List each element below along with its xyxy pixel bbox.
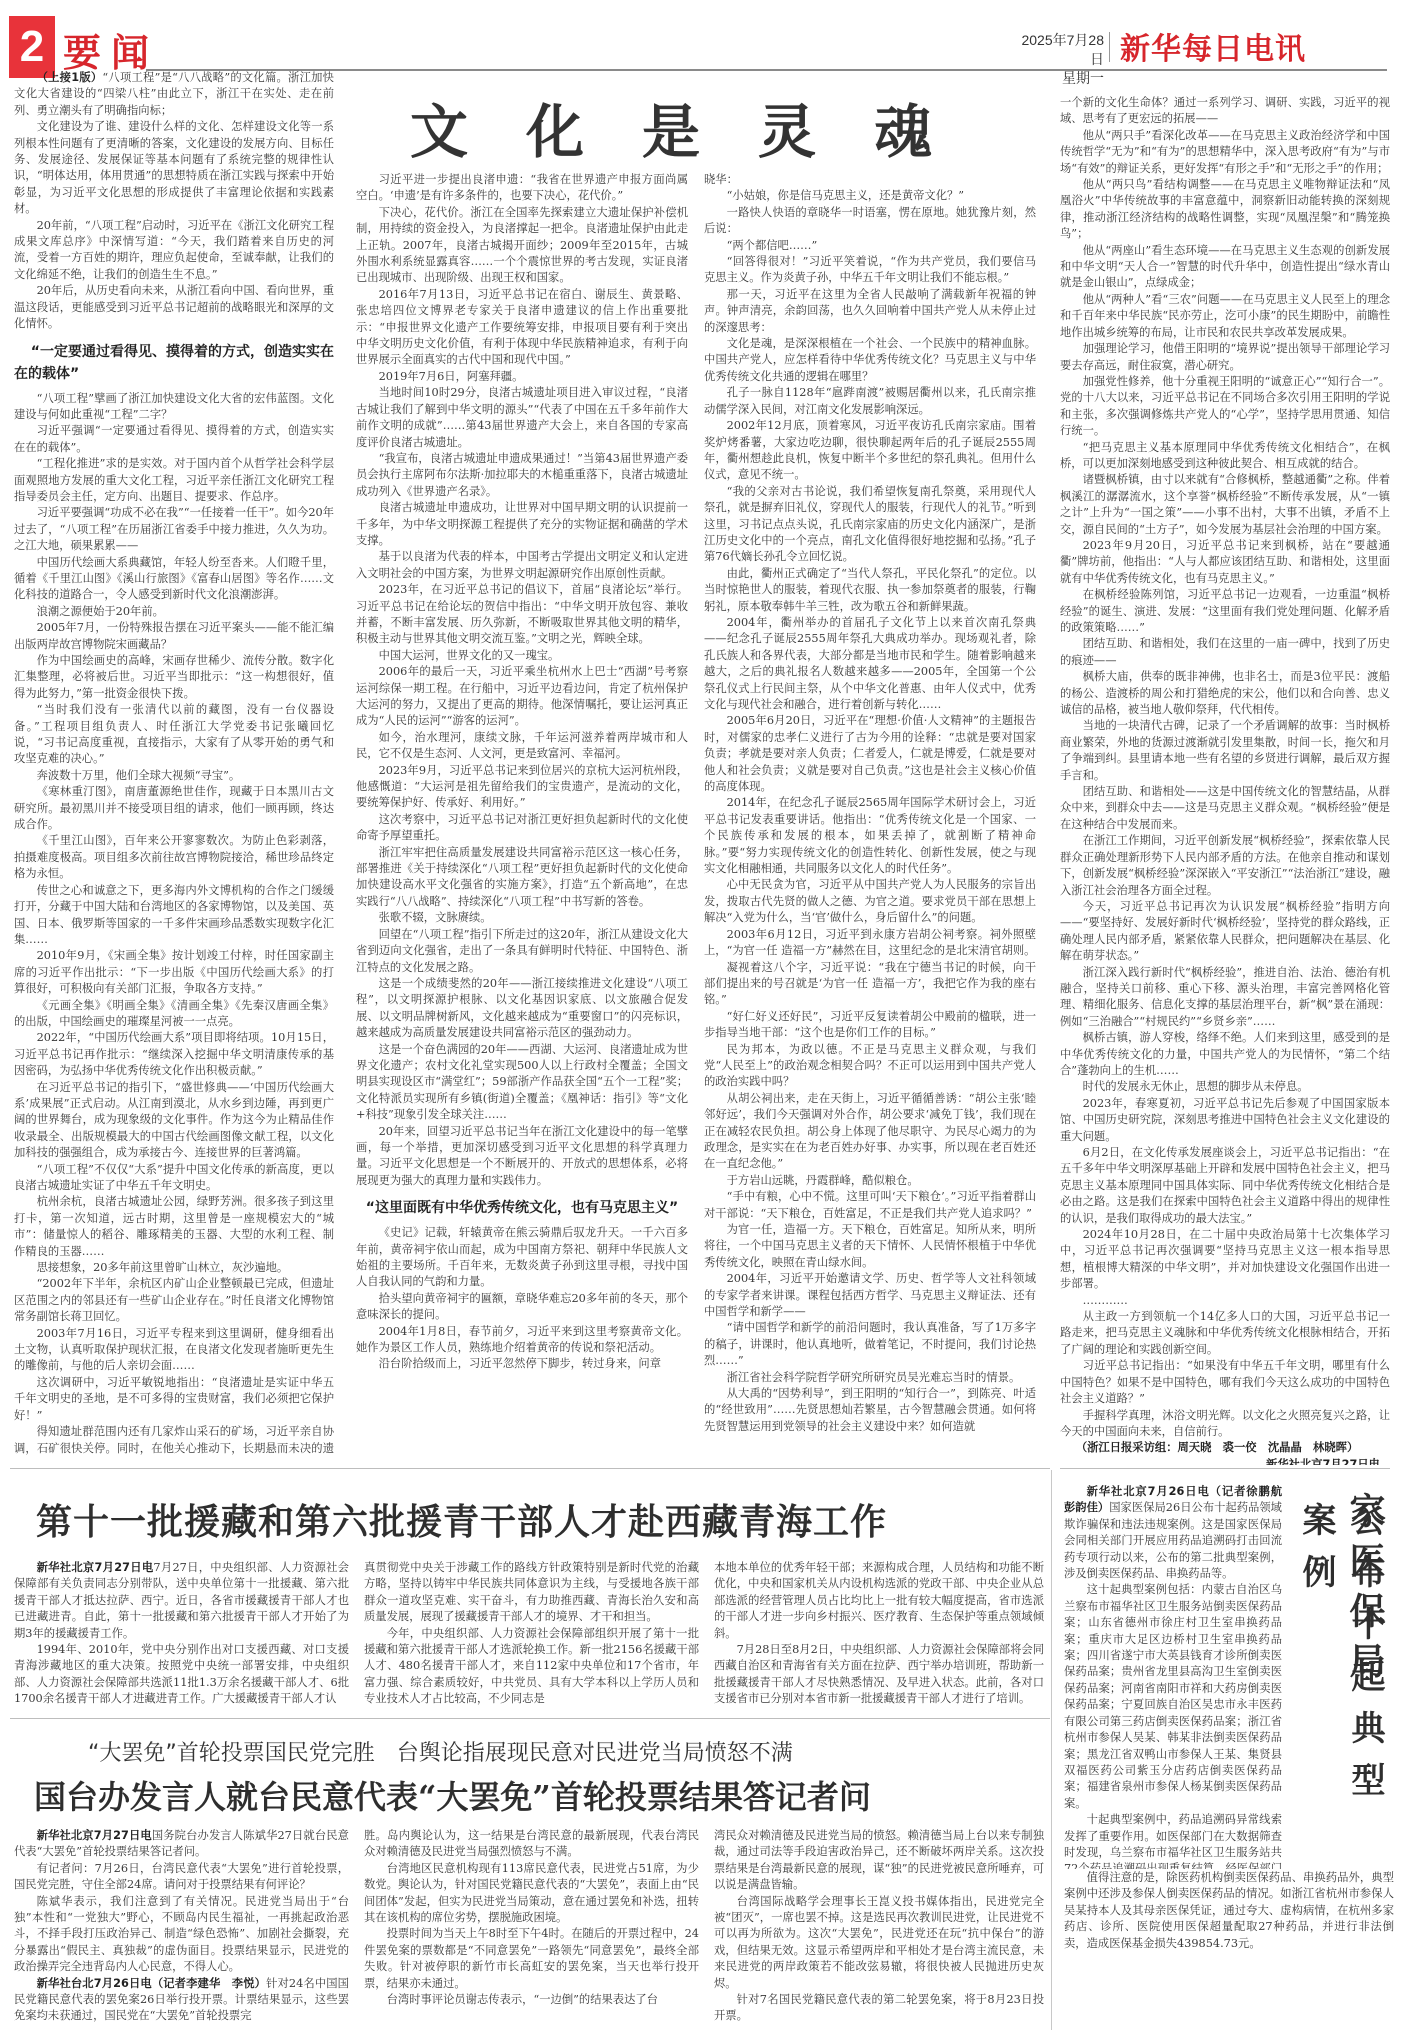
paragraph: 湾民众对赖清德及民进党当局的愤怒。赖清德当局上台以来专制独裁，通过司法等手段迫害… xyxy=(714,1828,1044,1894)
date-text: 2025年7月28日 xyxy=(1008,31,1104,69)
paragraph: 《千里江山图》，百年来公开寥寥数次。为防止色彩剥落，拍摄难度极高。项目组多次前往… xyxy=(14,833,334,882)
paragraph: 基于以良渚为代表的样本，中国考古学提出文明定义和认定进入文明社会的中国方案，为世… xyxy=(356,549,688,582)
paragraph: 团结互助、和谐相处，我们在这里的一庙一碑中，找到了历史的痕迹—— xyxy=(1060,636,1390,669)
paragraph: 文化是魂，是深深根植在一个社会、一个民族中的精神血脉。中国共产党人，应怎样看待中… xyxy=(704,336,1036,385)
paragraph: 思接想象，20多年前这里曾旷山林立，灰沙遍地。 xyxy=(14,1260,334,1276)
paragraph: 今年，中央组织部、人力资源社会保障部组织开展了第十一批援藏和第六批援青干部人才选… xyxy=(364,1626,699,1708)
taiwan-col-2: 胜。岛内舆论认为，这一结果是台湾民意的最新展现，代表台湾民众对赖清德及民进党当局… xyxy=(364,1828,699,2028)
section-divider xyxy=(1060,1468,1390,1469)
paragraph: 一路快人快语的章晓华一时语塞，愣在原地。她犹豫片刻，然后说： xyxy=(704,205,1036,238)
column-divider xyxy=(1051,1470,1052,2030)
paragraph: 于方岩山远眺，丹霞群峰，酷似粮仓。 xyxy=(704,1173,1036,1189)
paragraph: ………… xyxy=(1060,1293,1390,1309)
paragraph: “我宣布，良渚古城遗址申遗成果通过！”当第43届世界遗产委员会执行主席阿布尔法斯… xyxy=(356,451,688,500)
paragraph: 本地本单位的优秀年轻干部；来源构成合理，人员结构和功能不断优化，中央和国家机关从… xyxy=(714,1560,1044,1642)
paragraph: 在习近平总书记的指引下，“盛世修典——‘中国历代绘画大系’成果展”正式启动。从江… xyxy=(14,1080,334,1162)
paragraph: 加强党性修养，他十分重视王阳明的“诚意正心”“知行合一”。党的十八大以来，习近平… xyxy=(1060,374,1390,440)
paragraph: 从大禹的“因势利导”，到王阳明的“知行合一”，到陈亮、叶适的“经世致用”……先贤… xyxy=(704,1386,1036,1435)
paragraph: 那一天，习近平在这里为全省人民敲响了满载新年祝福的钟声。钟声清亮，余韵回荡，也久… xyxy=(704,287,1036,336)
paragraph: 习近平进一步提出良渚申遗：“我省在世界遗产申报方面尚属空白。‘申遗’是有许多条件… xyxy=(356,172,688,205)
cadres-article-title: 第十一批援藏和第六批援青干部人才赴西藏青海工作 xyxy=(36,1494,887,1545)
paragraph: 《寒林重汀图》，南唐董源绝世佳作，现藏于日本黑川古文研究所。最初黑川并不接受项目… xyxy=(14,784,334,833)
paragraph: 当地的一块清代古碑，记录了一个矛盾调解的故事：当时枫桥商业繁荣，外地的货源过渡渐… xyxy=(1060,718,1390,784)
paragraph: 中国大运河，世界文化的又一瑰宝。 xyxy=(356,648,688,664)
paragraph: “好仁好义还好民”，习近平反复读着胡公中殿前的楹联，进一步指导当地干部：“这个也… xyxy=(704,1009,1036,1042)
paragraph: 十起典型案例中，药品追溯码异常线索发挥了重要作用。如医保部门在大数据筛查时发现，… xyxy=(1064,1812,1282,1869)
paragraph: 台湾地区民意机构现有113席民意代表，民进党占51席，为少数党。舆论认为，针对国… xyxy=(364,1861,699,1927)
main-article-col-2: 习近平进一步提出良渚申遗：“我省在世界遗产申报方面尚属空白。‘申遗’是有许多条件… xyxy=(356,172,688,1462)
paragraph: 真贯彻党中央关于涉藏工作的路线方针政策特别是新时代党的治藏方略，坚持以铸牢中华民… xyxy=(364,1560,699,1626)
paragraph: 胜。岛内舆论认为，这一结果是台湾民意的最新展现，代表台湾民众对赖清德及民进党当局… xyxy=(364,1828,699,1861)
paragraph: 为官一任，造福一方。天下粮仓，百姓富足。知所从来，明所将往，一个中国马克思主义者… xyxy=(704,1222,1036,1271)
medical-col-narrow: 新华社北京7月26日电（记者徐鹏航 彭韵佳）国家医保局26日公布十起药品领域欺诈… xyxy=(1064,1484,1282,1869)
paragraph: “小姑娘，你是信马克思主义，还是黄帝文化？” xyxy=(704,188,1036,204)
paragraph: 针对7名国民党籍民意代表的第二轮罢免案，将于8月23日投开票。 xyxy=(714,1992,1044,2025)
paragraph: 有记者问：7月26日，台湾民意代表“大罢免”进行首轮投票，国民党完胜，守住全部2… xyxy=(14,1861,349,1894)
paragraph: 2010年9月，《宋画全集》按计划竣工付梓，时任国家副主席的习近平作出批示：“下… xyxy=(14,948,334,997)
paragraph: 手握科学真理，沐浴文明光辉。以文化之火照亮复兴之路，让今天的中国面向未来，自信前… xyxy=(1060,1408,1390,1441)
paragraph: 2023年9月，习近平总书记来到位居兴的京杭大运河杭州段，他感慨道：“大运河是祖… xyxy=(356,763,688,812)
paragraph: 2004年，习近平开始邀请文学、历史、哲学等人文社科领域的专家学者来讲课。课程包… xyxy=(704,1271,1036,1320)
paragraph: 民为邦本，为政以德。不正是马克思主义群众观，与我们党“人民至上”的政治观念相契合… xyxy=(704,1042,1036,1091)
paragraph: “两个都信吧……” xyxy=(704,238,1036,254)
paragraph: 2014年，在纪念孔子诞辰2565周年国际学术研讨会上，习近平总书记发表重要讲话… xyxy=(704,795,1036,877)
paragraph: 习近平强调“一定要通过看得见、摸得着的方式，创造实实在在的载体”。 xyxy=(14,423,334,456)
paragraph: 枫桥古镇，游人穿梭，络绎不绝。人们来到这里，感受到的是中华优秀传统文化的力量，中… xyxy=(1060,1030,1390,1079)
main-article-title: 文化是灵魂 xyxy=(350,85,1050,169)
paragraph: 2005年7月，一份特殊报告摆在习近平案头——能不能汇编出版两岸故宫博物院宋画藏… xyxy=(14,620,334,653)
paragraph: 传世之心和诚意之下，更多海内外文博机构的合作之门缓缓打开，分藏于中国大陆和台湾地… xyxy=(14,883,334,949)
paragraph: “工程化推进”求的是实效。对于国内首个从哲学社会科学层面观照地方发展的重大文化工… xyxy=(14,456,334,505)
paragraph: 回望在“八项工程”指引下所走过的这20年，浙江从建设文化大省到迈向文化强省，走出… xyxy=(356,927,688,976)
paragraph: 他从“两座山”看生态环境——在马克思主义生态观的创新发展和中华文明“天人合一”智… xyxy=(1060,243,1390,292)
taiwan-article-subtitle: “大罢免”首轮投票国民党完胜 台舆论指展现民意对民进党当局愤怒不满 xyxy=(88,1736,793,1767)
paragraph: 2022年，“中国历代绘画大系”项目即将结项。10月15日，习近平总书记再作批示… xyxy=(14,1030,334,1079)
paragraph: 中国历代绘画大系典藏馆，年轻人纷至沓来。人们瞪千里，循着《千里江山图》《溪山行旅… xyxy=(14,555,334,604)
reporter-credit: （浙江日报采访组：周天晓 裘一佼 沈晶晶 林晓晖） xyxy=(1060,1440,1390,1456)
paragraph: “回答得很对！”习近平笑着说，“作为共产党员，我们要信马克思主义。作为炎黄子孙，… xyxy=(704,254,1036,287)
paragraph: 浪潮之源便始于20年前。 xyxy=(14,604,334,620)
date-separator xyxy=(1109,32,1110,62)
paragraph: “请中国哲学和新学的前沿问题时，我认真准备，写了1万多字的稿子，讲课时，他认真地… xyxy=(704,1320,1036,1369)
paragraph: 凝视着这八个字，习近平说：“我在宁德当书记的时候，向干部们提出来的号召就是‘为官… xyxy=(704,960,1036,1009)
paragraph: 习近平要强调“功成不必在我”“一任接着一任干”。如今20年过去了，“八项工程”在… xyxy=(14,505,334,554)
paragraph: 20年前，“八项工程”启动时，习近平在《浙江文化研究工程成果文库总序》中深情写道… xyxy=(14,218,334,284)
paragraph: 《元画全集》《明画全集》《清画全集》《先秦汉唐画全集》的出版，中国绘画史的璀璨星… xyxy=(14,998,334,1031)
paragraph: 他从“两种人”看“三农”问题——在马克思主义人民至上的理念和千百年来中华民族“民… xyxy=(1060,292,1390,341)
taiwan-col-1: 新华社北京7月27日电国务院台办发言人陈斌华27日就台民意代表“大罢免”首轮投票… xyxy=(14,1828,349,2028)
paragraph: 6月2日，在文化传承发展座谈会上，习近平总书记指出：“在五千多年中华文明深厚基础… xyxy=(1060,1145,1390,1227)
section-divider xyxy=(10,1718,1050,1719)
paragraph: 2023年，在习近平总书记的倡议下，首届“良渚论坛”举行。习近平总书记在给论坛的… xyxy=(356,582,688,648)
section-heading: “一定要通过看得见、摸得着的方式，创造实实在在的载体” xyxy=(14,341,334,385)
paragraph: 2005年6月20日，习近平在“理想·价值·人文精神”的主题报告时，对儒家的忠孝… xyxy=(704,713,1036,795)
paragraph: 一个新的文化生命体？通过一系列学习、调研、实践，习近平的视域、思考有了更宏远的拓… xyxy=(1060,95,1390,128)
main-article-col-4: 一个新的文化生命体？通过一系列学习、调研、实践，习近平的视域、思考有了更宏远的拓… xyxy=(1060,95,1390,1465)
paragraph: 2004年，衢州举办的首届孔子文化节上以来首次南孔祭典——纪念孔子诞辰2555周… xyxy=(704,615,1036,713)
dateline: 新华社北京7月27日电 xyxy=(37,1561,154,1574)
masthead: 2 要闻 2025年7月28日 星期一 新华每日电讯 xyxy=(0,0,1401,72)
main-article-col-1: （上接1版）“八项工程”是“八八战略”的文化篇。浙江加快文化大省建设的“四梁八柱… xyxy=(14,68,334,1458)
paragraph: 2023年9月20日，习近平总书记来到枫桥，站在“要越通衢”牌坊前，他指出：“人… xyxy=(1060,538,1390,587)
paragraph: 台湾时事评论员谢志传表示，“一边倒”的结果表达了台 xyxy=(364,1992,699,2008)
paragraph: 20年来，回望习近平总书记当年在浙江文化建设中的每一笔擘画，每一个举措，更加深切… xyxy=(356,1124,688,1190)
paragraph: 2024年10月28日，在二十届中央政治局第十七次集体学习中，习近平总书记再次强… xyxy=(1060,1227,1390,1293)
article-dateline: 新华社北京7月27日电 xyxy=(1060,1457,1390,1465)
paragraph: 如今，治水理河，康续文脉，千年运河滋养着两岸城市和人民，它不仅是生态河、人文河，… xyxy=(356,730,688,763)
paragraph: 心中无民贪为官，习近平从中国共产党人为人民服务的宗旨出发，拨取古代先贤的做人之德… xyxy=(704,877,1036,926)
paragraph: 这次调研中，习近平敏锐地指出：“良渚遗址是实证中华五千年文明史的圣地，是不可多得… xyxy=(14,1375,334,1424)
paragraph: 枫桥大庙，供奉的既非神佛，也非名士，而是3位平民：渡船的杨公、造渡桥的周公和打猎… xyxy=(1060,669,1390,718)
paragraph: 晓华： xyxy=(704,172,1036,188)
paragraph: “2002年下半年，余杭区内矿山企业整顿最已完成，但遗址区范围之内的邻县还有一些… xyxy=(14,1276,334,1325)
paragraph: 2003年7月16日，习近平专程来到这里调研，健身细看出土文物，认真听取保护现状… xyxy=(14,1326,334,1375)
medical-col-wide: 值得注意的是，除医药机构倒卖医保药品、串换药品外，典型案例中还涉及参保人倒卖医保… xyxy=(1064,1870,1394,2020)
paragraph: 从主政一方到领航一个14亿多人口的大国，习近平总书记一路走来，把马克思主义魂脉和… xyxy=(1060,1309,1390,1358)
paragraph: “八项工程”擘画了浙江加快建设文化大省的宏伟蓝图。文化建设与何如此重视“工程”二… xyxy=(14,391,334,424)
taiwan-article-title: 国台办发言人就台民意代表“大罢免”首轮投票结果答记者问 xyxy=(34,1772,871,1818)
paragraph: 团结互助、和谐相处——这是中国传统文化的智慧结晶，从群众中来，到群众中去——这是… xyxy=(1060,784,1390,833)
paragraph: 投票时间为当天上午8时至下午4时。在随后的开票过程中，24件罢免案的票数都是“不… xyxy=(364,1926,699,1992)
paragraph: 2016年7月13日，习近平总书记在宿白、谢辰生、黄景略、张忠培四位文博界老专家… xyxy=(356,287,688,369)
paragraph: 今天，习近平总书记再次为认识发展“枫桥经验”指明方向——“要坚持好、发展好新时代… xyxy=(1060,899,1390,965)
section-divider xyxy=(10,1468,1050,1469)
paragraph: 浙江省社会科学院哲学研究所研究员吴光难忘当时的情景。 xyxy=(704,1370,1036,1386)
paragraph: 2004年1月8日，春节前夕，习近平来到这里考察黄帝文化。她作为景区工作人员，熟… xyxy=(356,1324,688,1357)
paragraph: 他从“两只手”看深化改革——在马克思主义政治经济学和中国传统哲学“无为”和“有为… xyxy=(1060,128,1390,177)
paragraph: 这次考察中，习近平总书记对浙江更好担负起新时代的文化使命寄予厚望重托。 xyxy=(356,812,688,845)
paragraph: 浙江牢牢把住高质量发展建设共同富裕示范区这一核心任务，部署推进《关于持续深化“八… xyxy=(356,845,688,911)
paragraph: 从胡公祠出来，走在天街上，习近平循循善诱：“胡公主张‘睦邻好远’，我们今天强调对… xyxy=(704,1091,1036,1173)
paragraph: 当地时间10时29分，良渚古城遗址项目进入审议过程，“良渚古城让我们了解到中华文… xyxy=(356,385,688,451)
paragraph: “八项工程”不仅仅“大系”提升中国文化传承的新高度，更以良渚古城遗址实证了中华五… xyxy=(14,1162,334,1195)
paragraph: 得知遗址群范围内还有几家炸山采石的矿场，习近平亲自协调，石矿很快关停。同时，在他… xyxy=(14,1424,334,1458)
paragraph: 这十起典型案例包括：内蒙古自治区乌兰察布市福华社区卫生服务站倒卖医保药品案；山东… xyxy=(1064,1582,1282,1812)
paragraph: 陈斌华表示，我们注意到了有关情况。民进党当局出于“台独”本性和“一党独大”野心，… xyxy=(14,1894,349,1976)
continued-from-label: （上接1版） xyxy=(37,71,103,84)
section-heading: “这里面既有中华优秀传统文化，也有马克思主义” xyxy=(356,1197,688,1219)
paragraph: 2002年12月底，顶着寒风，习近平夜访孔氏南宗家庙。围着奖炉烤番薯，大家边吃边… xyxy=(704,418,1036,484)
medical-article-title-line-2: 公布十起典型案例 xyxy=(1292,1502,1390,1842)
cadres-col-3: 本地本单位的优秀年轻干部；来源构成合理，人员结构和功能不断优化，中央和国家机关从… xyxy=(714,1560,1044,1710)
paragraph: 2006年的最后一天，习近平乘坐杭州水上巴士“西湖”号考察运河综保一期工程。在行… xyxy=(356,664,688,730)
paragraph: “当时我们没有一张清代以前的藏图，没有一台仪器设备。”工程项目组负责人、时任浙江… xyxy=(14,702,334,768)
paragraph: 习近平总书记指出：“如果没有中华五千年文明，哪里有什么中国特色？如果不是中国特色… xyxy=(1060,1358,1390,1407)
paragraph: 拾头望向黄帝祠宇的匾额，章晓华难忘20多年前的冬天，那个意味深长的提问。 xyxy=(356,1291,688,1324)
paragraph: 这是一个成绩斐然的20年——浙江接续推进文化建设“八项工程”，以文明探源护根脉、… xyxy=(356,976,688,1042)
paragraph: 浙江深入践行新时代“枫桥经验”，推进自治、法治、德治有机融合，坚持关口前移、重心… xyxy=(1060,965,1390,1031)
paragraph: 这是一个奋色满园的20年——西湖、大运河、良渚遗址成为世界文化遗产；农村文化礼堂… xyxy=(356,1042,688,1124)
paragraph: 他从“两只鸟”看结构调整——在马克思主义唯物辩证法和“凤凰浴火”中华传统故事的丰… xyxy=(1060,177,1390,243)
paragraph: 时代的发展永无休止，思想的脚步从未停息。 xyxy=(1060,1079,1390,1095)
newspaper-logo: 新华每日电讯 xyxy=(1120,24,1306,68)
paragraph: 由此，衢州正式确定了“当代人祭孔，平民化祭孔”的定位。以当时惊艳世人的服装，着现… xyxy=(704,566,1036,615)
paragraph: 文化建设为了谁、建设什么样的文化、怎样建设文化等一系列根本性问题有了更清晰的答案… xyxy=(14,119,334,217)
paragraph: 2003年6月12日，习近平到永康方岩胡公祠考察。祠外照壁上，“为官一任 造福一… xyxy=(704,927,1036,960)
cadres-col-1: 新华社北京7月27日电7月27日，中央组织部、人力资源社会保障部有关负责同志分别… xyxy=(14,1560,349,1710)
paragraph: “把马克思主义基本原理同中华优秀传统文化相结合”，在枫桥，可以更加深刻地感受到这… xyxy=(1060,440,1390,473)
paragraph: 沿台阶拾级而上，习近平忽然停下脚步，转过身来，问章 xyxy=(356,1356,688,1372)
paragraph: 1994年、2010年，党中央分别作出对口支援西藏、对口支援青海涉藏地区的重大决… xyxy=(14,1642,349,1708)
taiwan-col-3: 湾民众对赖清德及民进党当局的愤怒。赖清德当局上台以来专制独裁，通过司法等手段迫害… xyxy=(714,1828,1044,2028)
paragraph: 7月28日至8月2日，中央组织部、人力资源社会保障部将会同西藏自治区和青海省有关… xyxy=(714,1642,1044,1708)
paragraph: 杭州余杭，良渚古城遗址公园，绿野芳洲。很多孩子到这里打卡，第一次知道，远古时期，… xyxy=(14,1194,334,1260)
paragraph: 在浙江工作期间，习近平创新发展“枫桥经验”，探索依靠人民群众正确处理新形势下人民… xyxy=(1060,833,1390,899)
paragraph: “手中有粮，心中不慌。这里可叫‘天下粮仓’。”习近平指着群山对干部说：“天下粮仓… xyxy=(704,1189,1036,1222)
paragraph: 加强理论学习，他借王阳明的“境界说”提出领导干部理论学习要去存高远，耐住寂寞，潜… xyxy=(1060,341,1390,374)
issue-date: 2025年7月28日 星期一 xyxy=(1008,31,1104,88)
paragraph: 台湾国际战略学会理事长王崑义投书媒体指出，民进党完全被“团灭”，一席也罢不掉。这… xyxy=(714,1894,1044,1992)
paragraph: 20年后，从历史看向未来，从浙江看向中国、看向世界，重温这段话，更能感受到习近平… xyxy=(14,283,334,332)
paragraph: 在枫桥经验陈列馆，习近平总书记一边观看，一边重温“枫桥经验”的诞生、演进、发展：… xyxy=(1060,587,1390,636)
paragraph: 值得注意的是，除医药机构倒卖医保药品、串换药品外，典型案例中还涉及参保人倒卖医保… xyxy=(1064,1870,1394,1952)
paragraph: 孔子一脉自1128年“扈跸南渡”被赐居衢州以来，孔氏南宗推动儒学深入民间，对江南… xyxy=(704,385,1036,418)
paragraph: 《史记》记载，轩辕黄帝在熊云骑鼎后驭龙升天。一千六百多年前，黄帝祠宇依山而起，成… xyxy=(356,1225,688,1291)
paragraph: 2023年，春寒夏初，习近平总书记先后参观了中国国家版本馆、中国历史研究院，深刻… xyxy=(1060,1096,1390,1145)
paragraph: 作为中国绘画史的高峰，宋画存世稀少、流传分散。数字化汇集整理，必将被后世。习近平… xyxy=(14,653,334,702)
paragraph: 良渚古城遗址申遗成功，让世界对中国早期文明的认识提前一千多年，为中华文明探源工程… xyxy=(356,500,688,549)
cadres-col-2: 真贯彻党中央关于涉藏工作的路线方针政策特别是新时代党的治藏方略，坚持以铸牢中华民… xyxy=(364,1560,699,1710)
paragraph: 奔波数十万里，他们全球大视频“寻宝”。 xyxy=(14,768,334,784)
paragraph: 诸暨枫桥镇，由寸以来就有“合修枫桥，整越通衢”之称。伴着枫溪江的潺潺流水，这个享… xyxy=(1060,472,1390,538)
main-article-col-3: 晓华： “小姑娘，你是信马克思主义，还是黄帝文化？” 一路快人快语的章晓华一时语… xyxy=(704,172,1036,1462)
paragraph: “我的父亲对古书论说，我们希望恢复南孔祭奠，采用现代人祭孔，就是摒弃旧礼仪，穿现… xyxy=(704,484,1036,566)
paragraph: 下决心，花代价。浙江在全国率先探索建立大遗址保护补偿机制，用持续的资金投入，为良… xyxy=(356,205,688,287)
dateline: 新华社台北7月26日电（记者李建华 李悦） xyxy=(37,1977,266,1990)
paragraph: 2019年7月6日，阿塞拜疆。 xyxy=(356,369,688,385)
dateline: 新华社北京7月27日电 xyxy=(37,1829,152,1842)
paragraph: 张歌不辍，文脉赓续。 xyxy=(356,910,688,926)
